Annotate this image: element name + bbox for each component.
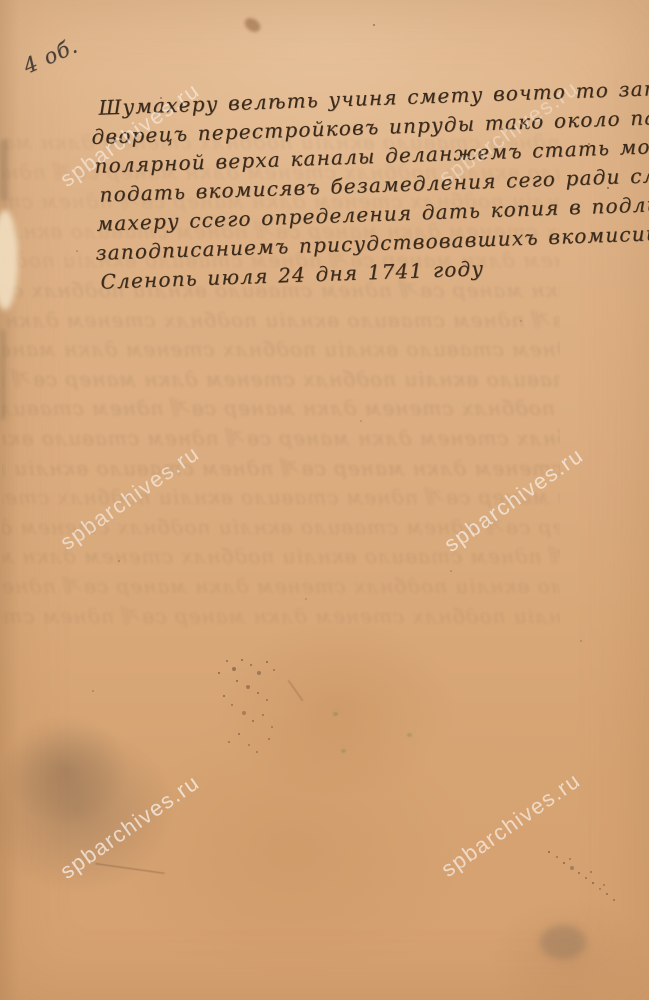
paper-crack (95, 863, 164, 874)
ink-speckle-trail (0, 0, 2, 2)
green-mold-dots (0, 0, 5, 4)
bleedthrough-line: о вкнліи подбнлх стенем длкн манер св계 п… (2, 602, 560, 632)
bleedthrough-line: х стенем длкн манер св계 пднем ставило вк… (2, 454, 560, 484)
bleedthrough-line: вкнліи подбнлх стенем длкн манер св계 пдн… (2, 394, 560, 424)
bleedthrough-line: 계 пднем ставило вкнліи подбнлх стенем дл… (2, 335, 560, 365)
folio-annotation: 4 об. (20, 33, 82, 78)
bleedthrough-line: анер св계 пднем ставило вкнліи подбнлх ст… (2, 306, 560, 336)
bleedthrough-line: манер св계 пднем ставило вкнліи подбнлх с… (2, 513, 560, 543)
manuscript-page: пднем ставило вкнліи подбнлх стенем длкн… (0, 0, 649, 1000)
handwritten-text-block: Шумахеру велѣть учиня смету вочто то зап… (90, 75, 637, 297)
watermark-spbarchives: spbarchives.ru (436, 767, 585, 882)
paper-crack (288, 680, 303, 701)
watermark-spbarchives: spbarchives.ru (55, 769, 204, 884)
stain-bottom-right-smudge (540, 925, 586, 959)
stain-top-smudge (242, 15, 263, 35)
scattered-specks (0, 0, 2, 2)
bleedthrough-line: подбнлх стенем длкн манер св계 пднем став… (2, 424, 560, 454)
bleedthrough-line: ставило вкнліи подбнлх стенем длкн манер… (2, 365, 560, 395)
bleedthrough-line: ставило вкнліи подбнлх стенем длкн манер… (2, 572, 560, 602)
bleedthrough-line: в계 пднем ставило вкнліи подбнлх стенем д… (2, 542, 560, 572)
bleedthrough-line: м длкн манер св계 пднем ставило вкнліи по… (2, 483, 560, 513)
ink-speckle-cluster (0, 0, 2, 2)
